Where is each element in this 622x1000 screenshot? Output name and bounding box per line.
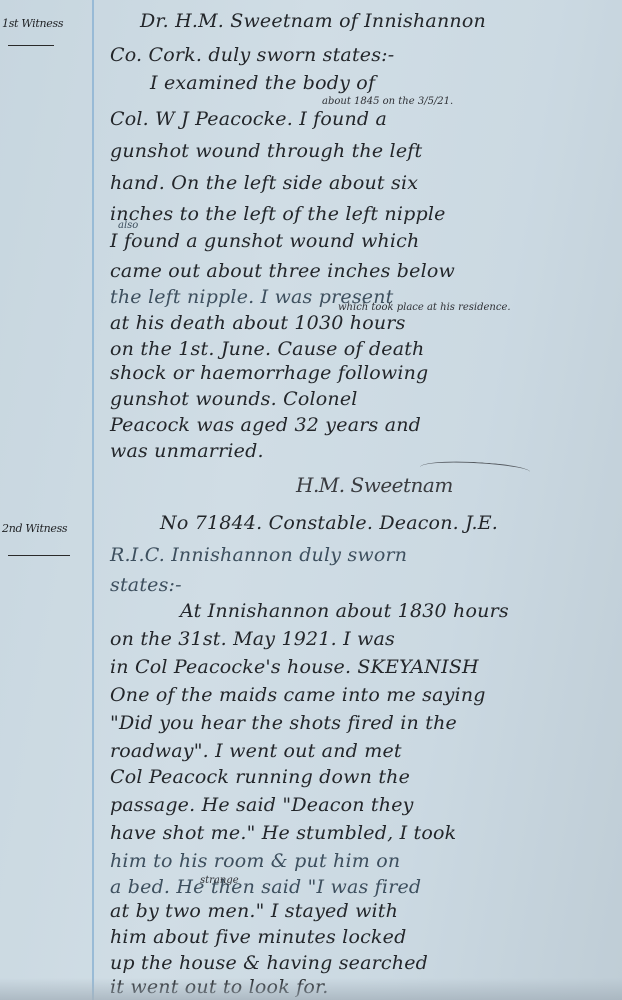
statement-line: I found a gunshot wound which xyxy=(110,230,616,252)
statement-line: Col. W J Peacocke. I found a xyxy=(110,108,616,130)
statement-line: was unmarried. xyxy=(110,440,616,462)
statement-line: a bed. He then said "I was fired xyxy=(110,876,616,898)
margin-underline-1 xyxy=(8,45,54,46)
statement-line: I examined the body of xyxy=(150,72,616,94)
statement-line: on the 1st. June. Cause of death xyxy=(110,338,616,360)
statement-line: R.I.C. Innishannon duly sworn xyxy=(110,544,616,566)
statement-line: on the 31st. May 1921. I was xyxy=(110,628,616,650)
statement-text: I examined the body of xyxy=(150,72,375,94)
statement-line: roadway". I went out and met xyxy=(110,740,616,762)
margin-label-witness-1: 1st Witness xyxy=(2,17,63,30)
statement-line: "Did you hear the shots fired in the xyxy=(110,712,616,734)
statement-line: him to his room & put him on xyxy=(110,850,616,872)
interlinear-insertion: about 1845 on the 3/5/21. xyxy=(322,96,453,107)
statement-line: at his death about 1030 hours xyxy=(110,312,616,334)
statement-line: hand. On the left side about six xyxy=(110,172,616,194)
statement-line: came out about three inches below xyxy=(110,260,616,282)
statement-line: Col Peacock running down the xyxy=(110,766,616,788)
statement-line: Peacock was aged 32 years and xyxy=(110,414,616,436)
statement-line: states:- xyxy=(110,574,616,596)
statement-line: at by two men." I stayed with xyxy=(110,900,616,922)
statement-line: have shot me." He stumbled, I took xyxy=(110,822,616,844)
document-page: 1st Witness 2nd Witness Dr. H.M. Sweetna… xyxy=(0,0,622,1000)
statement-line: passage. He said "Deacon they xyxy=(110,794,616,816)
margin-underline-2 xyxy=(8,555,70,556)
statement-line: inches to the left of the left nipple xyxy=(110,203,616,225)
statement-line: shock or haemorrhage following xyxy=(110,362,616,384)
statement-line: up the house & having searched xyxy=(110,952,616,974)
signature: H.M. Sweetnam xyxy=(296,473,453,497)
statement-line: Dr. H.M. Sweetnam of Innishannon xyxy=(140,10,616,32)
statement-line: No 71844. Constable. Deacon. J.E. xyxy=(160,512,616,534)
statement-line: him about five minutes locked xyxy=(110,926,616,948)
statement-line: Co. Cork. duly sworn states:- xyxy=(110,44,616,66)
statement-line: in Col Peacocke's house. SKEYANISH xyxy=(110,656,616,678)
margin-label-witness-2: 2nd Witness xyxy=(2,522,67,535)
statement-line: One of the maids came into me saying xyxy=(110,684,616,706)
statement-line: At Innishannon about 1830 hours xyxy=(180,600,616,622)
statement-line: gunshot wound through the left xyxy=(110,140,616,162)
statement-line: it went out to look for. xyxy=(110,976,616,998)
statement-line: gunshot wounds. Colonel xyxy=(110,388,616,410)
margin-rule xyxy=(92,0,94,1000)
interlinear-insertion: strange xyxy=(200,875,239,886)
